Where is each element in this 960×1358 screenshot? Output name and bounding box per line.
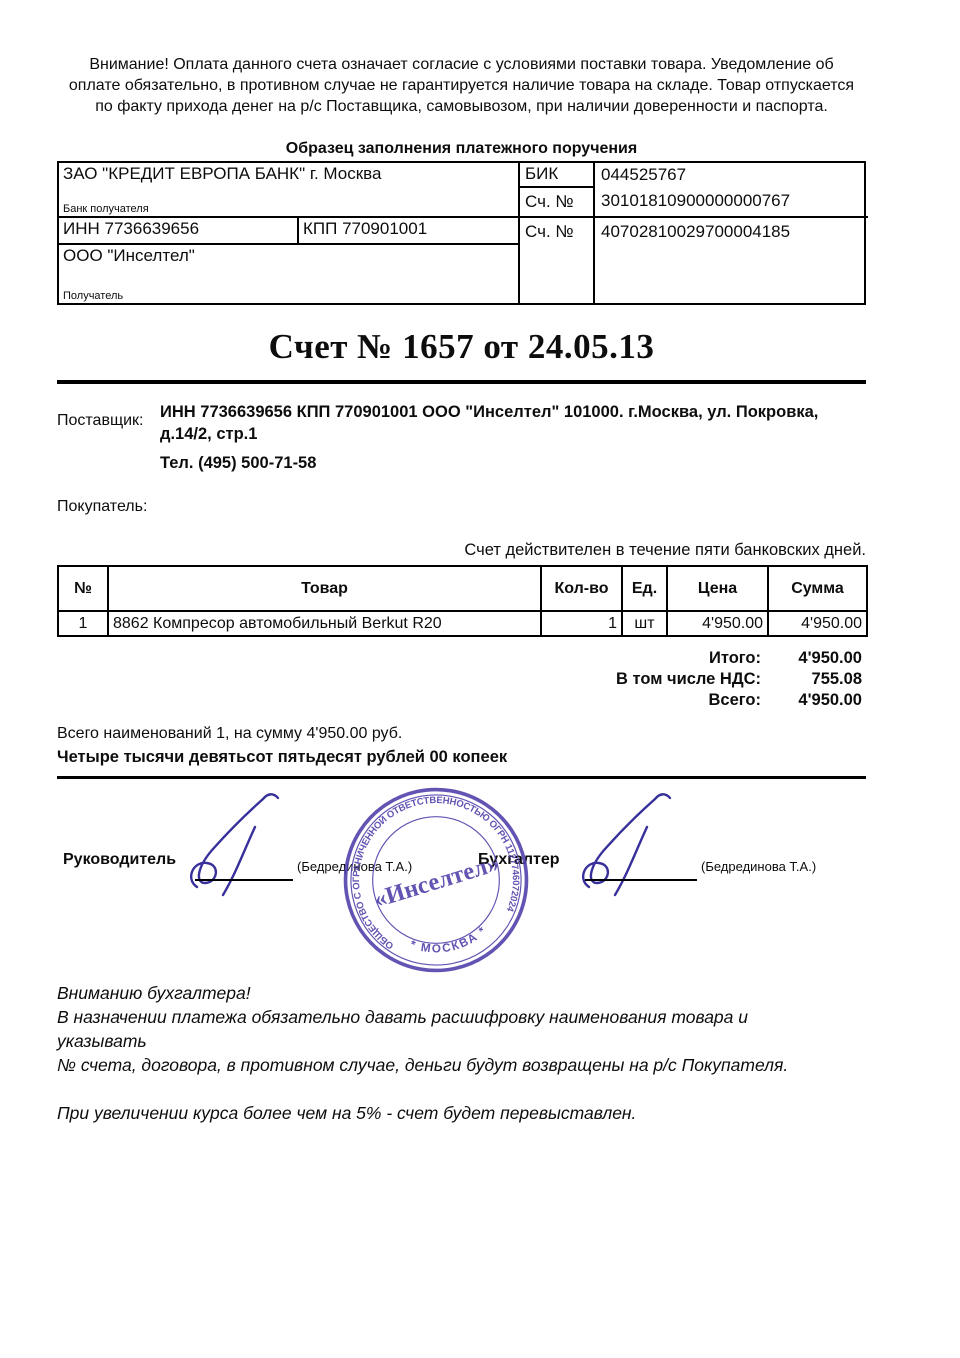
item-num: 1: [58, 611, 108, 636]
itogo-value: 4'950.00: [761, 649, 866, 668]
nds-label: В том числе НДС:: [616, 670, 761, 689]
bank-name-cell: ЗАО "КРЕДИТ ЕВРОПА БАНК" г. Москва Банк …: [59, 163, 520, 218]
items-table: № Товар Кол-во Ед. Цена Сумма 1 8862 Ком…: [57, 565, 868, 637]
col-header-name: Товар: [108, 566, 541, 611]
note-line: При увеличении курса более чем на 5% - с…: [57, 1101, 866, 1125]
totals-block: Итого: 4'950.00 В том числе НДС: 755.08 …: [57, 648, 866, 711]
supplier-label: Поставщик:: [57, 401, 160, 445]
recipient-label: Получатель: [63, 290, 123, 302]
corr-account-value: 30101810900000000767: [601, 186, 862, 216]
vsego-value: 4'950.00: [761, 691, 866, 710]
signature-section: Руководитель (Бедрединова Т.А.) Бухгалте…: [57, 779, 866, 975]
warning-line: оплате обязательно, в противном случае н…: [57, 75, 866, 96]
signature-stroke: [223, 827, 255, 895]
item-qty: 1: [541, 611, 622, 636]
bik-value: 044525767: [601, 163, 862, 186]
item-sum: 4'950.00: [768, 611, 867, 636]
total-nds-row: В том числе НДС: 755.08: [57, 669, 866, 690]
account-value: 40702810029700004185: [595, 218, 868, 303]
invoice-document: Внимание! Оплата данного счета означает …: [0, 0, 960, 1358]
accountant-signature: [577, 791, 677, 903]
items-header-row: № Товар Кол-во Ед. Цена Сумма: [58, 566, 867, 611]
bik-corr-values: 044525767 30101810900000000767: [595, 163, 868, 218]
supplier-phone: Тел. (495) 500-71-58: [160, 454, 866, 473]
warning-line: Внимание! Оплата данного счета означает …: [57, 54, 866, 75]
bank-details-table: ЗАО "КРЕДИТ ЕВРОПА БАНК" г. Москва Банк …: [57, 161, 866, 305]
signature-stroke: [615, 827, 647, 895]
stamp-city-text: * МОСКВА *: [406, 922, 492, 963]
validity-note: Счет действителен в течение пяти банковс…: [57, 541, 866, 560]
note-line-spacer: [57, 1077, 866, 1101]
accountant-sign-line: [585, 879, 697, 881]
director-label: Руководитель: [63, 851, 176, 869]
nds-value: 755.08: [761, 670, 866, 689]
total-itogo-row: Итого: 4'950.00: [57, 648, 866, 669]
col-header-qty: Кол-во: [541, 566, 622, 611]
items-count-line: Всего наименований 1, на сумму 4'950.00 …: [57, 725, 866, 743]
accountant-notes: Вниманию бухгалтера! В назначении платеж…: [57, 981, 866, 1125]
account-label: Сч. №: [520, 218, 595, 303]
payment-sample-title: Образец заполнения платежного поручения: [57, 140, 866, 158]
vsego-label: Всего:: [709, 691, 762, 710]
itogo-label: Итого:: [709, 649, 761, 668]
signature-stroke: [655, 794, 670, 799]
col-header-num: №: [58, 566, 108, 611]
supplier-block: Поставщик: ИНН 7736639656 КПП 770901001 …: [57, 401, 866, 445]
supplier-inn: ИНН 7736639656: [59, 218, 299, 245]
note-line: указывать: [57, 1029, 866, 1053]
signature-stroke: [191, 799, 263, 887]
accountant-name: (Бедрединова Т.А.): [701, 859, 816, 874]
col-header-price: Цена: [667, 566, 768, 611]
table-row: 1 8862 Компресор автомобильный Berkut R2…: [58, 611, 867, 636]
amount-in-words: Четыре тысячи девятьсот пятьдесят рублей…: [57, 748, 866, 767]
buyer-label: Покупатель:: [57, 498, 866, 516]
note-line: В назначении платежа обязательно давать …: [57, 1005, 866, 1029]
bik-label: БИК: [520, 163, 595, 188]
invoice-title: Счет № 1657 от 24.05.13: [57, 327, 866, 367]
supplier-kpp: КПП 770901001: [299, 218, 520, 245]
svg-text:* МОСКВА *: * МОСКВА *: [406, 922, 492, 963]
warning-line: по факту прихода денег на р/с Поставщика…: [57, 96, 866, 117]
director-signature: [185, 791, 285, 903]
divider-rule: [57, 380, 866, 384]
item-price: 4'950.00: [667, 611, 768, 636]
note-line: Вниманию бухгалтера!: [57, 981, 866, 1005]
corr-account-label: Сч. №: [520, 188, 595, 218]
bank-name: ЗАО "КРЕДИТ ЕВРОПА БАНК" г. Москва: [63, 164, 381, 183]
signature-stroke: [583, 799, 655, 887]
total-vsego-row: Всего: 4'950.00: [57, 690, 866, 711]
payment-warning: Внимание! Оплата данного счета означает …: [57, 54, 866, 117]
item-name: 8862 Компресор автомобильный Berkut R20: [108, 611, 541, 636]
bank-recipient-label: Банк получателя: [63, 203, 149, 215]
director-sign-line: [195, 879, 293, 881]
recipient-name: ООО "Инселтел": [63, 246, 195, 265]
recipient-cell: ООО "Инселтел" Получатель: [59, 245, 520, 303]
company-stamp: ОБЩЕСТВО С ОГРАНИЧЕННОЙ ОТВЕТСТВЕННОСТЬЮ…: [323, 767, 548, 992]
stamp-company-name: «Инселтел»: [371, 850, 503, 914]
signature-stroke: [263, 794, 278, 799]
item-unit: шт: [622, 611, 667, 636]
col-header-unit: Ед.: [622, 566, 667, 611]
supplier-value: ИНН 7736639656 КПП 770901001 ООО "Инселт…: [160, 401, 866, 445]
col-header-sum: Сумма: [768, 566, 867, 611]
note-line: № счета, договора, в противном случае, д…: [57, 1053, 866, 1077]
